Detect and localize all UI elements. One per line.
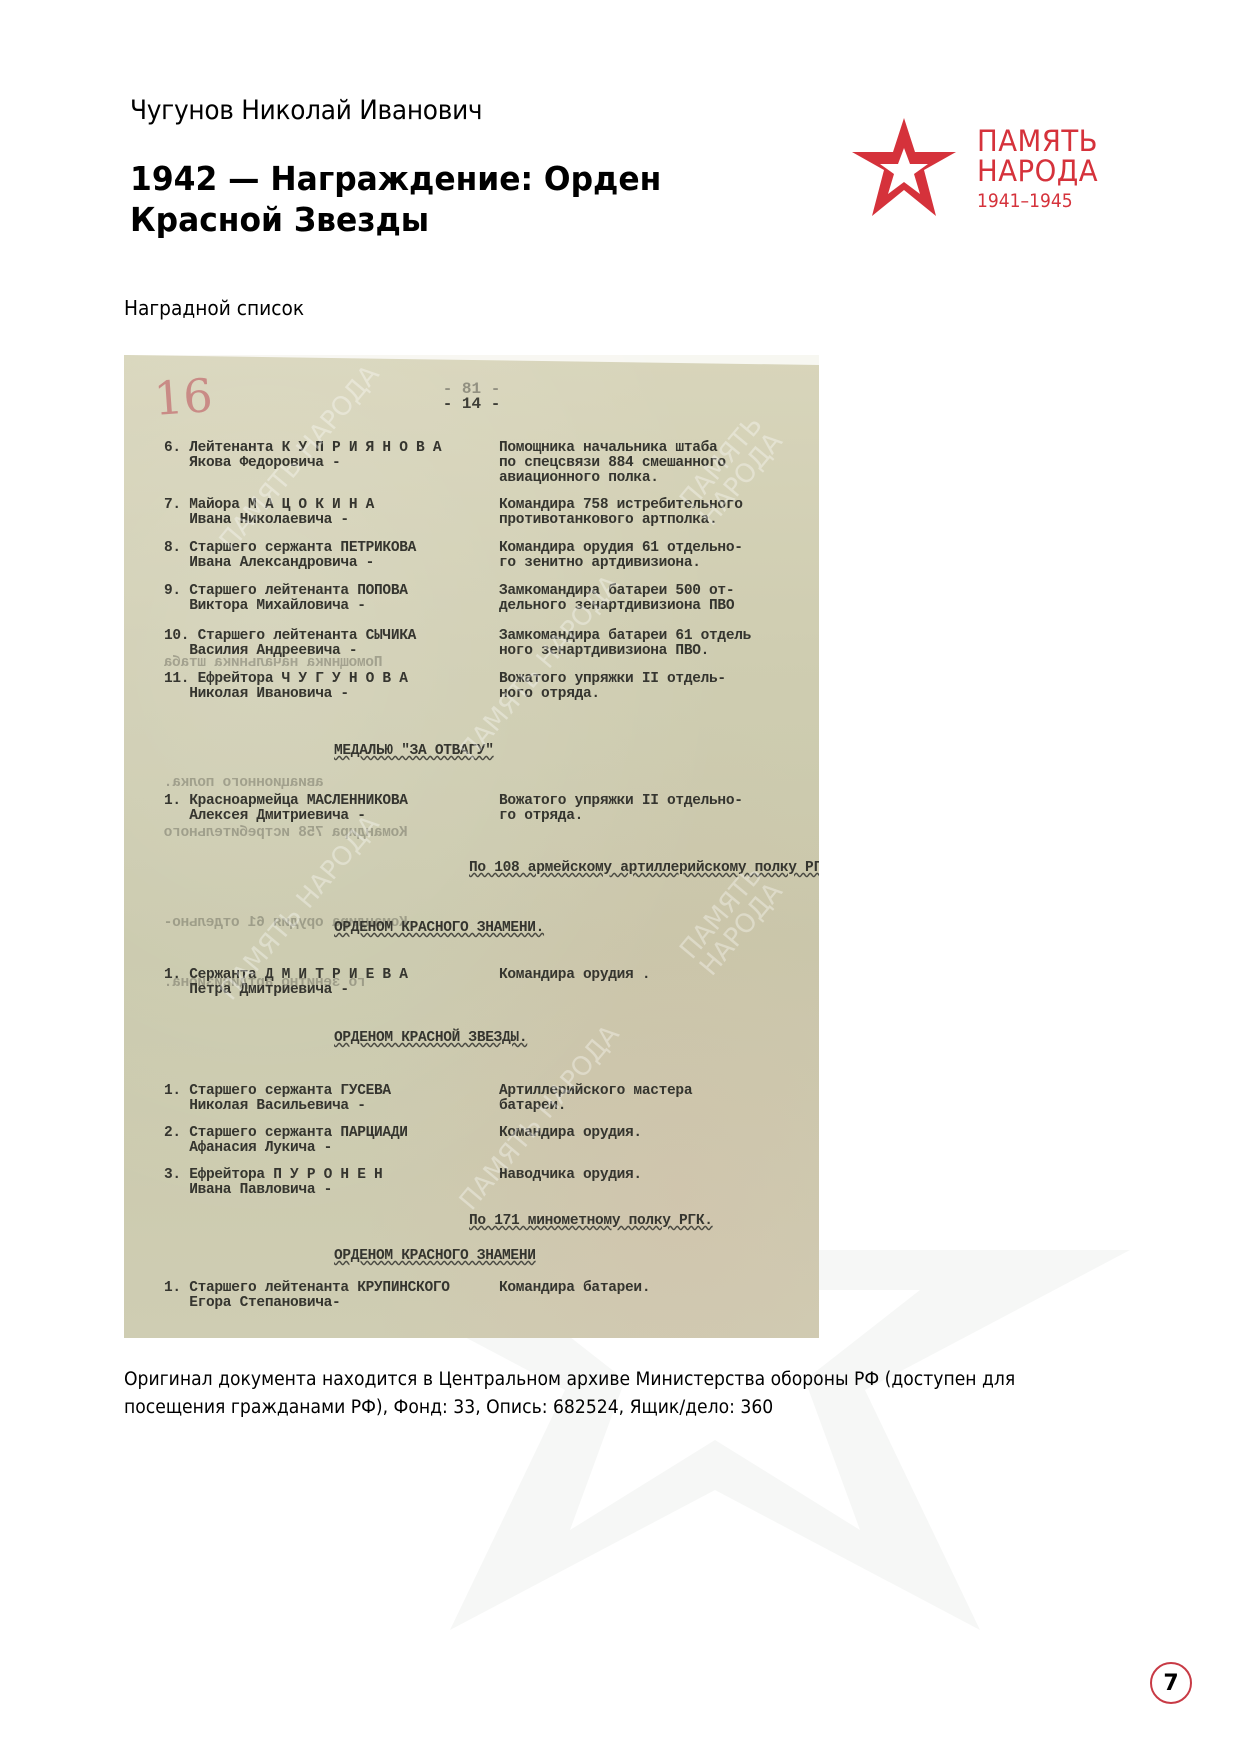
scan-line-left: Алексея Дмитриевича - <box>164 808 366 824</box>
bleed-through-text: го зенитно артдивизиона. <box>164 975 366 991</box>
archive-caption: Оригинал документа находится в Центральн… <box>124 1366 1035 1422</box>
page-number-scan: - 14 - <box>124 395 819 413</box>
scan-line-left: 1. Старшего сержанта ГУСЕВА <box>164 1083 391 1099</box>
scan-line-left: 11. Ефрейтора Ч У Г У Н О В А <box>164 671 408 687</box>
bleed-through-text: Помощника начальника штаба <box>164 655 382 671</box>
logo-years: 1941–1945 <box>977 188 1092 214</box>
scan-line-left: 9. Старшего лейтенанта ПОПОВА <box>164 583 408 599</box>
person-name: Чугунов Николай Иванович <box>130 95 482 126</box>
award-title: 1942 — Награждение: Орден Красной Звезды <box>130 158 738 240</box>
scan-line-left: Ивана Павловича - <box>164 1182 332 1198</box>
scan-line-left: Николая Васильевича - <box>164 1098 366 1114</box>
award-list-scan[interactable]: 16 - 81 - - 14 - 6. Лейтенанта К У П Р И… <box>124 355 819 1338</box>
scan-line-right: Помощника начальника штаба <box>499 440 717 456</box>
scan-heading: ОРДЕНОМ КРАСНОЙ ЗВЕЗДЫ. <box>334 1030 527 1046</box>
scan-line-right: авиационного полка. <box>499 470 659 486</box>
scan-line-left: 1. Красноармейца МАСЛЕННИКОВА <box>164 793 408 809</box>
scan-line-left: Ивана Александровича - <box>164 555 374 571</box>
document-label: Наградной список <box>124 296 304 320</box>
logo-text: ПАМЯТЬ НАРОДА 1941–1945 <box>977 126 1104 214</box>
logo-line-1: ПАМЯТЬ <box>977 126 1098 156</box>
scan-heading: ОРДЕНОМ КРАСНОГО ЗНАМЕНИ <box>334 1248 536 1264</box>
scan-line-left: 10. Старшего лейтенанта СЫЧИКА <box>164 628 416 644</box>
bleed-through-text: авиационного полка. <box>164 775 324 791</box>
scan-line-left: Егора Степановича- <box>164 1295 340 1311</box>
scan-line-right: Артиллерийского мастера <box>499 1083 692 1099</box>
pamyat-naroda-logo[interactable]: ПАМЯТЬ НАРОДА 1941–1945 <box>852 118 1122 218</box>
scan-line-left: Афанасия Лукича - <box>164 1140 332 1156</box>
scan-line-right: Командира орудия . <box>499 967 650 983</box>
scan-line-left: 1. Старшего лейтенанта КРУПИНСКОГО <box>164 1280 450 1296</box>
scan-line-left: 2. Старшего сержанта ПАРЦИАДИ <box>164 1125 408 1141</box>
page-number-badge: 7 <box>1150 1662 1192 1704</box>
scan-line-right: го зенитно артдивизиона. <box>499 555 701 571</box>
logo-line-2: НАРОДА <box>977 156 1098 186</box>
scan-line-right: Командира орудия 61 отдельно- <box>499 540 743 556</box>
scan-line-right: Наводчика орудия. <box>499 1167 642 1183</box>
scan-line-left: 3. Ефрейтора П У Р О Н Е Н <box>164 1167 382 1183</box>
scan-line-left: Николая Ивановича - <box>164 686 349 702</box>
scan-heading: По 171 минометному полку РГК. <box>469 1213 713 1229</box>
scan-line-right: Вожатого упряжки II отдельно- <box>499 793 743 809</box>
scan-line-right: Командира батареи. <box>499 1280 650 1296</box>
scan-line-right: по спецсвязи 884 смешанного <box>499 455 726 471</box>
scan-line-right: дельного зенартдивизиона ПВО <box>499 598 734 614</box>
red-star-icon <box>852 118 956 216</box>
scan-line-right: Замкомандира батареи 61 отдель <box>499 628 751 644</box>
scan-line-left: 8. Старшего сержанта ПЕТРИКОВА <box>164 540 416 556</box>
scan-line-right: го отряда. <box>499 808 583 824</box>
torn-corner <box>124 355 819 365</box>
scan-line-left: Виктора Михайловича - <box>164 598 366 614</box>
